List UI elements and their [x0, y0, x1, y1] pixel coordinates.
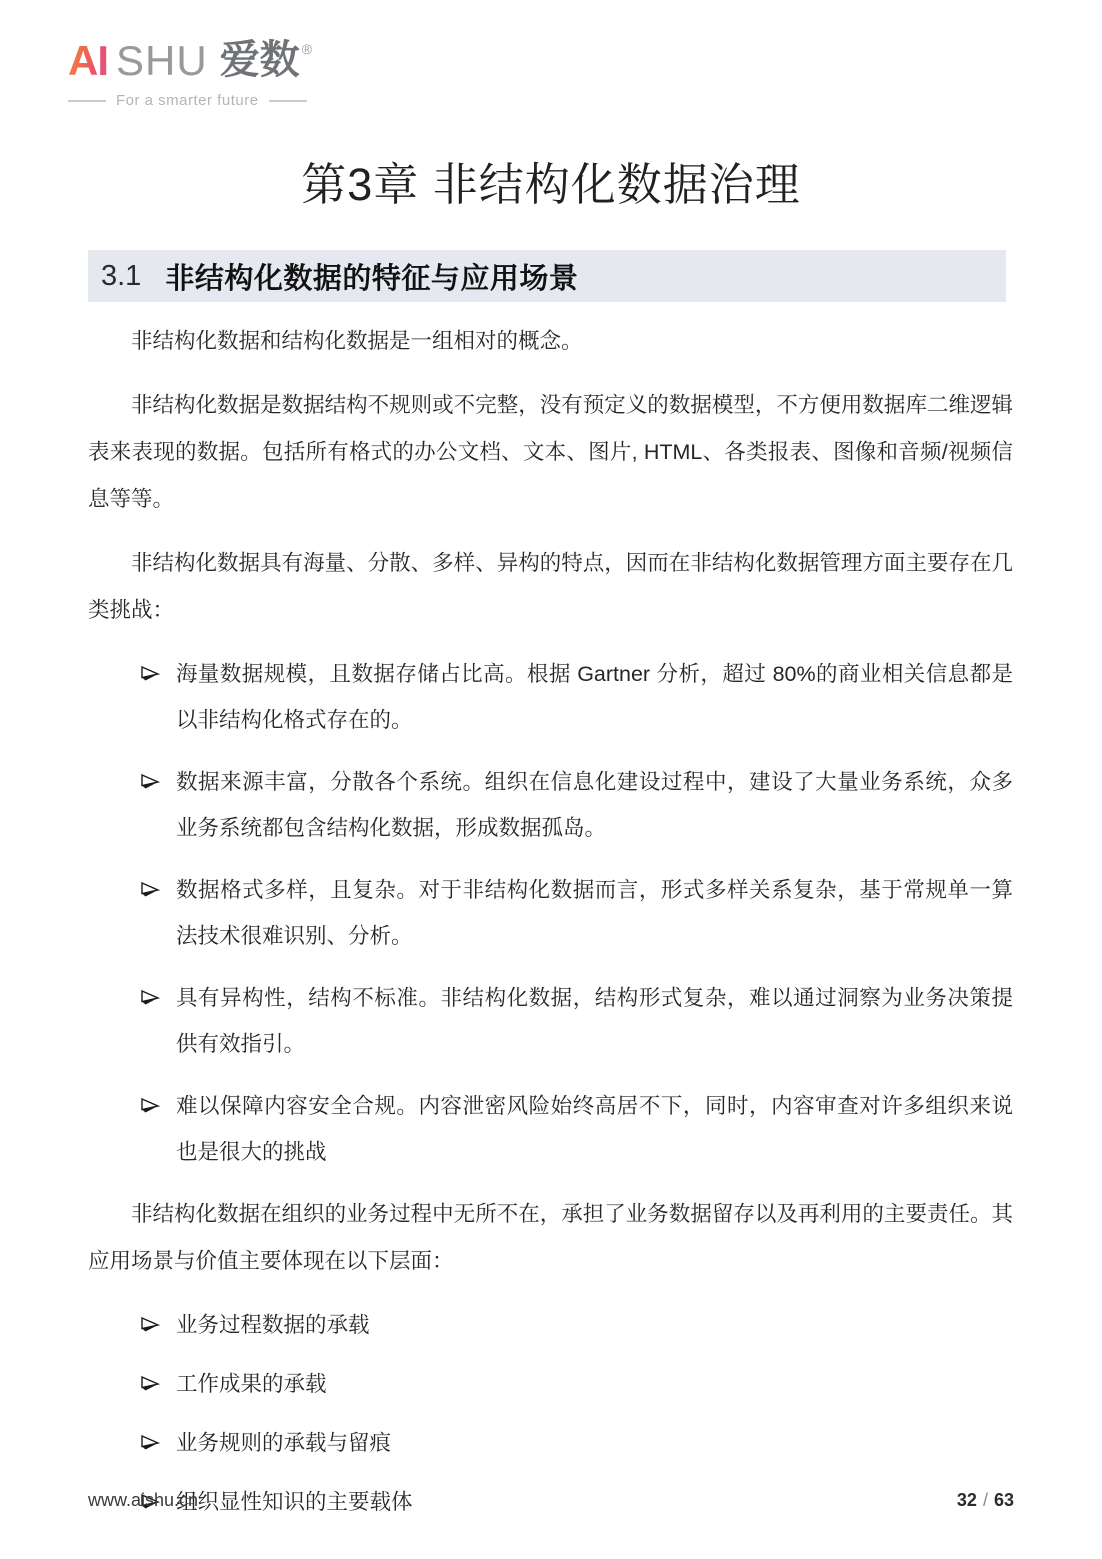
- page-current: 32: [957, 1490, 977, 1510]
- tagline-left-rule: [68, 100, 106, 102]
- body-column: 非结构化数据和结构化数据是一组相对的概念。 非结构化数据是数据结构不规则或不完整…: [88, 318, 1013, 1538]
- arrow-bullet-icon: [140, 975, 160, 1013]
- bullet-text: 海量数据规模，且数据存储占比高。根据 Gartner 分析，超过 80%的商业相…: [176, 651, 1013, 743]
- list-item: 数据来源丰富，分散各个系统。组织在信息化建设过程中，建设了大量业务系统，众多业务…: [88, 759, 1013, 851]
- logo-ai-text: AI: [68, 40, 108, 82]
- footer-page-number: 32/63: [957, 1490, 1014, 1511]
- bullet-text: 业务规则的承载与留痕: [176, 1420, 1013, 1466]
- list-item: 工作成果的承载: [88, 1361, 1013, 1407]
- bullet-text: 数据格式多样，且复杂。对于非结构化数据而言，形式多样关系复杂，基于常规单一算法技…: [176, 867, 1013, 959]
- footer-website: www.aishu.cn: [88, 1490, 198, 1511]
- paragraph: 非结构化数据在组织的业务过程中无所不在，承担了业务数据留存以及再利用的主要责任。…: [88, 1191, 1013, 1285]
- arrow-bullet-icon: [140, 1302, 160, 1340]
- tagline-right-rule: [269, 100, 307, 102]
- tagline-text: For a smarter future: [116, 92, 259, 109]
- document-page: AI SHU 爱数 ® For a smarter future 第3章 非结构…: [0, 0, 1102, 1559]
- section-number: 3.1: [101, 260, 141, 293]
- logo-chinese-text: 爱数: [220, 40, 300, 80]
- logo-tagline: For a smarter future: [68, 92, 312, 109]
- challenges-list: 海量数据规模，且数据存储占比高。根据 Gartner 分析，超过 80%的商业相…: [88, 651, 1013, 1175]
- bullet-text: 数据来源丰富，分散各个系统。组织在信息化建设过程中，建设了大量业务系统，众多业务…: [176, 759, 1013, 851]
- aishu-logo: AI SHU 爱数 ® For a smarter future: [68, 40, 312, 109]
- arrow-bullet-icon: [140, 1420, 160, 1458]
- list-item: 具有异构性，结构不标准。非结构化数据，结构形式复杂，难以通过洞察为业务决策提供有…: [88, 975, 1013, 1067]
- paragraph: 非结构化数据是数据结构不规则或不完整，没有预定义的数据模型，不方便用数据库二维逻…: [88, 382, 1013, 523]
- list-item: 数据格式多样，且复杂。对于非结构化数据而言，形式多样关系复杂，基于常规单一算法技…: [88, 867, 1013, 959]
- bullet-text: 业务过程数据的承载: [176, 1302, 1013, 1348]
- list-item: 难以保障内容安全合规。内容泄密风险始终高居不下，同时，内容审查对许多组织来说也是…: [88, 1083, 1013, 1175]
- page-footer: www.aishu.cn 32/63: [88, 1490, 1014, 1511]
- paragraph: 非结构化数据具有海量、分散、多样、异构的特点，因而在非结构化数据管理方面主要存在…: [88, 540, 1013, 634]
- list-item: 业务规则的承载与留痕: [88, 1420, 1013, 1466]
- bullet-text: 工作成果的承载: [176, 1361, 1013, 1407]
- bullet-text: 具有异构性，结构不标准。非结构化数据，结构形式复杂，难以通过洞察为业务决策提供有…: [176, 975, 1013, 1067]
- chapter-title: 第3章 非结构化数据治理: [0, 148, 1102, 213]
- page-total: 63: [994, 1490, 1014, 1510]
- paragraph: 非结构化数据和结构化数据是一组相对的概念。: [88, 318, 1013, 365]
- bullet-text: 难以保障内容安全合规。内容泄密风险始终高居不下，同时，内容审查对许多组织来说也是…: [176, 1083, 1013, 1175]
- arrow-bullet-icon: [140, 1083, 160, 1121]
- arrow-bullet-icon: [140, 1361, 160, 1399]
- list-item: 业务过程数据的承载: [88, 1302, 1013, 1348]
- arrow-bullet-icon: [140, 651, 160, 689]
- registered-trademark-icon: ®: [302, 42, 312, 56]
- section-title: 非结构化数据的特征与应用场景: [165, 256, 578, 297]
- logo-shu-text: SHU: [116, 40, 208, 82]
- list-item: 海量数据规模，且数据存储占比高。根据 Gartner 分析，超过 80%的商业相…: [88, 651, 1013, 743]
- arrow-bullet-icon: [140, 759, 160, 797]
- section-heading-bar: 3.1 非结构化数据的特征与应用场景: [88, 250, 1006, 302]
- page-separator: /: [977, 1490, 994, 1510]
- arrow-bullet-icon: [140, 867, 160, 905]
